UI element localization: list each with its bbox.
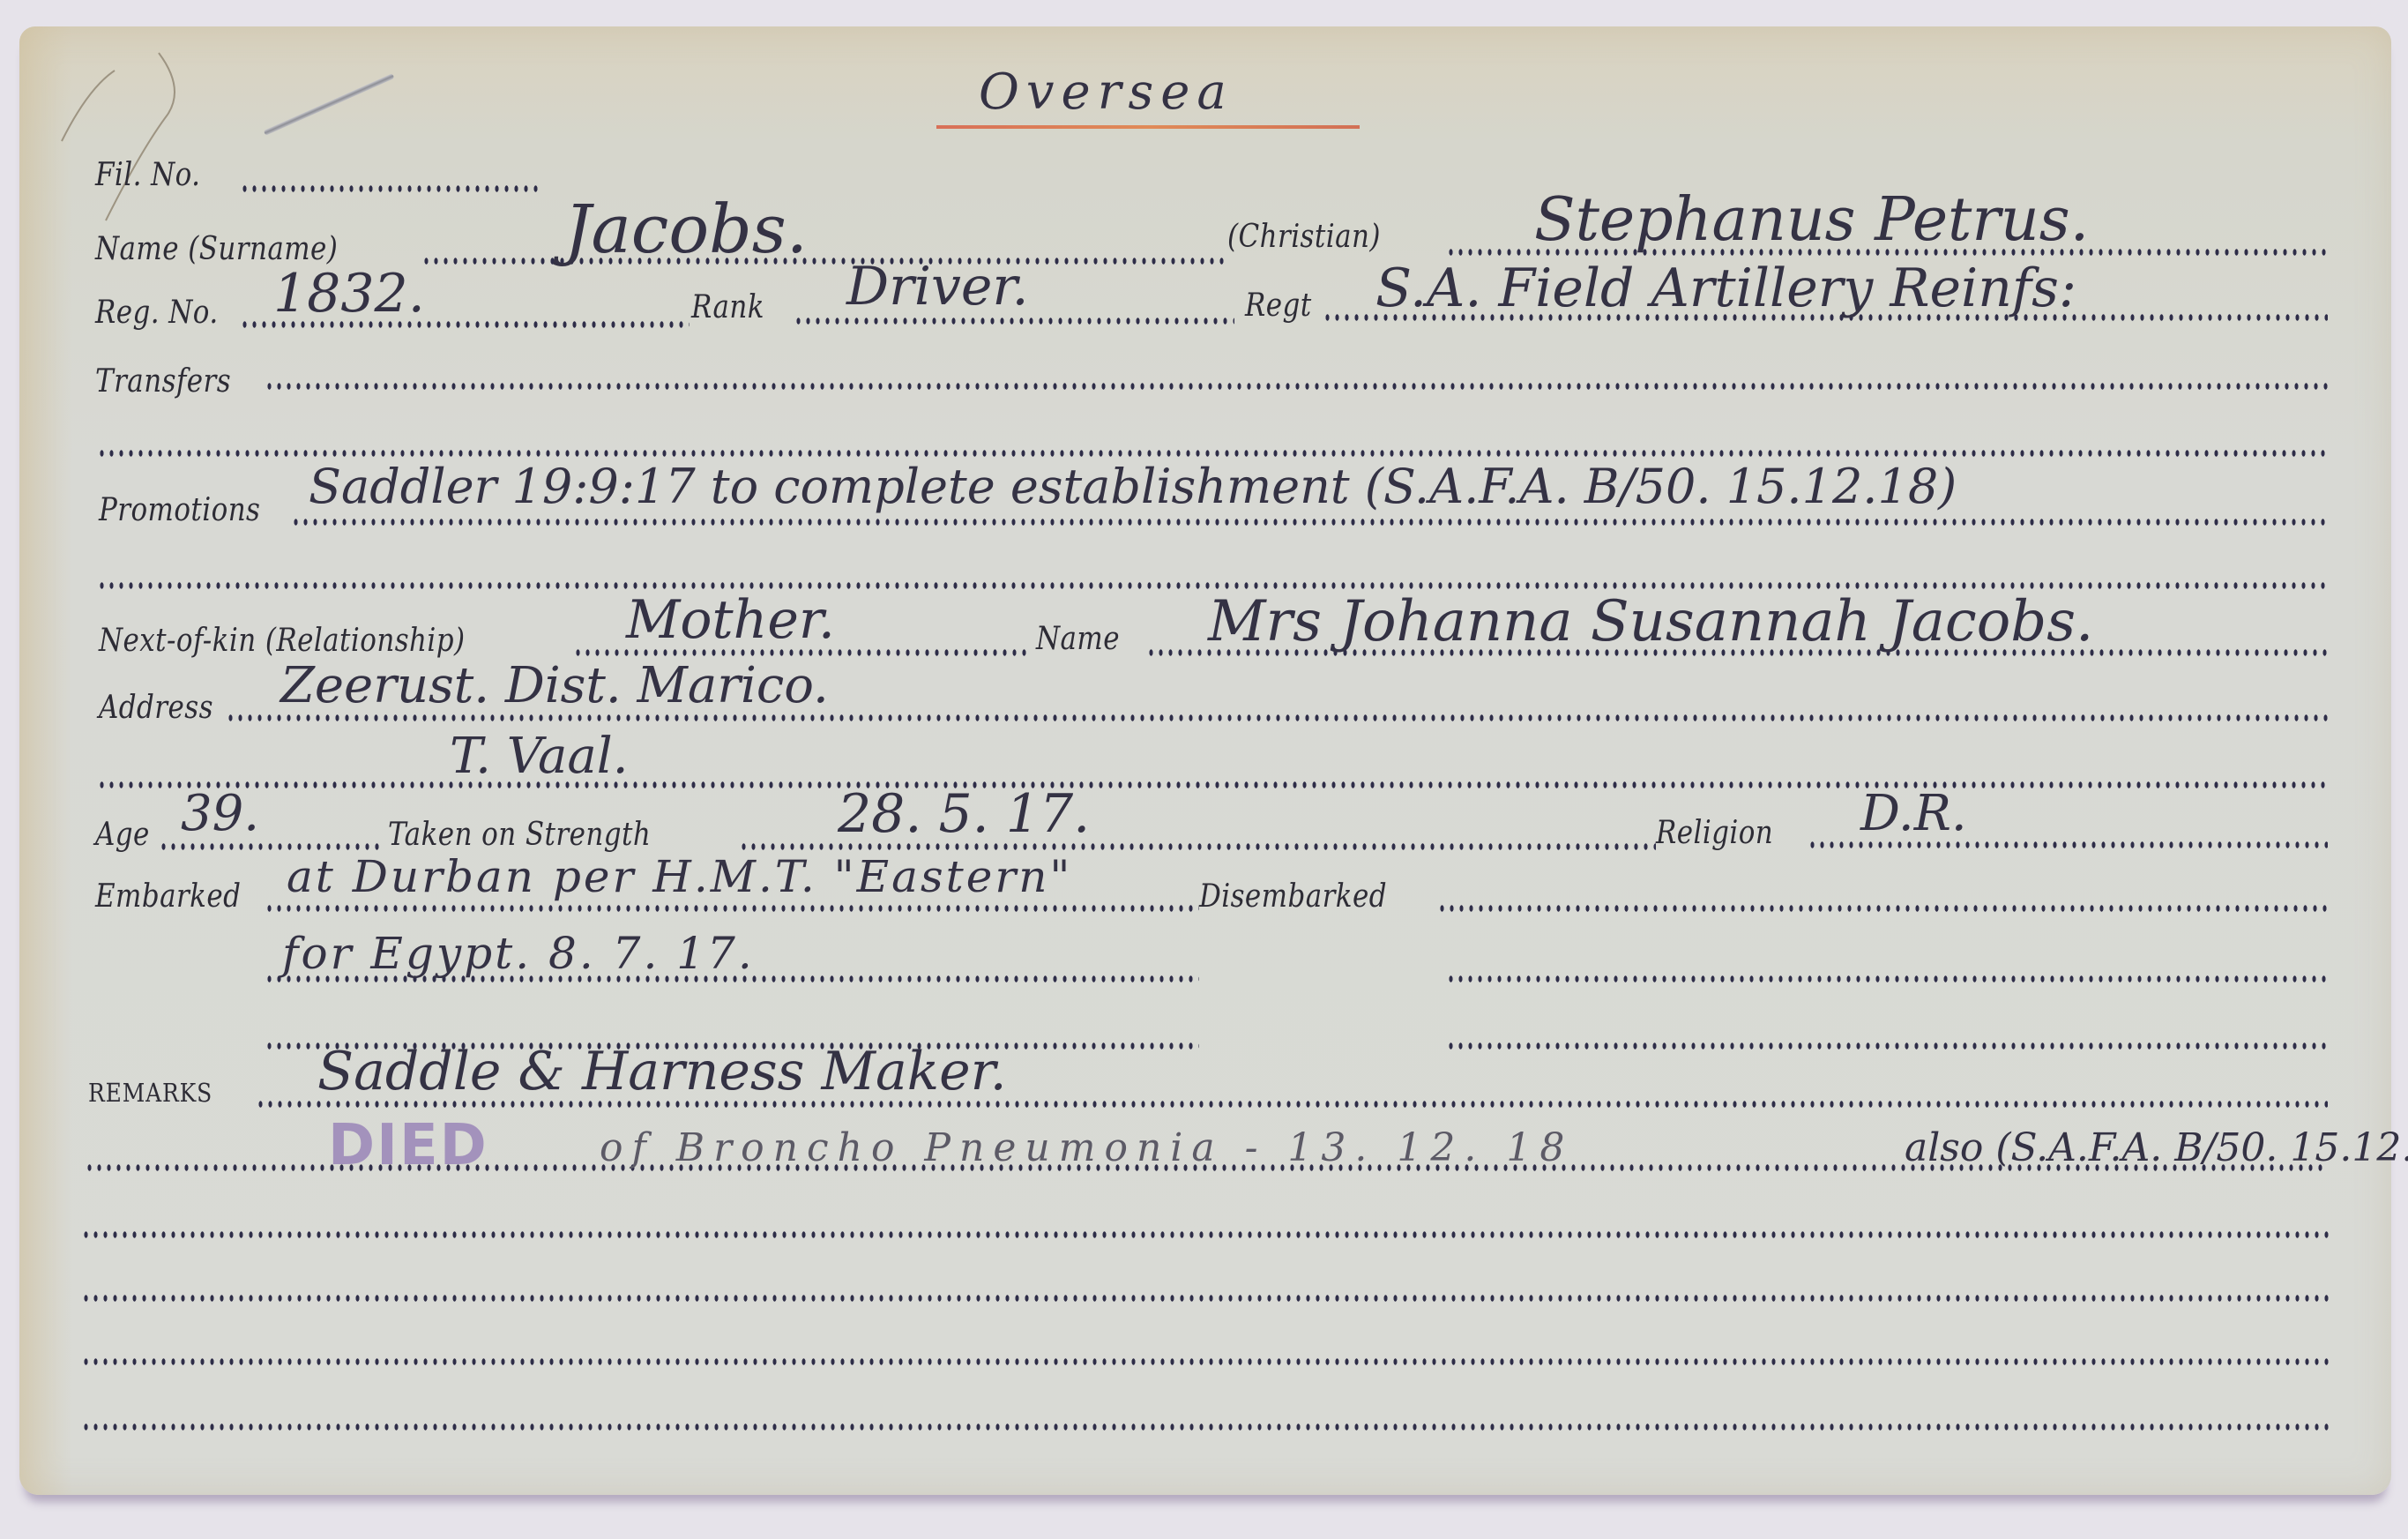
dotted-line: [291, 517, 2328, 527]
card-edge-shading: [19, 26, 72, 1495]
label-promotions: Promotions: [99, 492, 260, 528]
dotted-line: [421, 256, 1224, 266]
value-remarks-reference: also (S.A.F.A. B/50. 15.12.18: [1905, 1125, 2408, 1170]
label-nok-name: Name: [1036, 621, 1120, 657]
dotted-line: [81, 1422, 2330, 1432]
value-embarked-line1: at Durban per H.M.T. "Eastern": [287, 851, 1072, 902]
label-address: Address: [99, 690, 213, 726]
label-age: Age: [95, 817, 150, 853]
label-reg-no: Reg. No.: [95, 295, 219, 331]
value-promotions: Saddler 19:9:17 to complete establishmen…: [309, 459, 1957, 514]
value-religion: D.R.: [1860, 785, 1967, 842]
dotted-line: [1446, 974, 2328, 984]
value-surname: Jacobs.: [564, 190, 808, 268]
label-embarked: Embarked: [95, 878, 241, 915]
label-religion: Religion: [1656, 815, 1773, 851]
torn-corner-crease: [53, 35, 317, 229]
dotted-line: [1437, 903, 2328, 914]
value-nok-relationship: Mother.: [626, 589, 835, 651]
title-underline: [936, 125, 1360, 129]
dotted-line: [81, 1229, 2330, 1240]
dotted-line: [97, 448, 2328, 459]
dotted-line: [265, 381, 2328, 392]
dotted-line: [81, 1293, 2330, 1304]
dotted-line: [240, 183, 540, 194]
dotted-line: [265, 903, 1199, 914]
label-disembarked: Disembarked: [1199, 878, 1387, 915]
value-address-line1: Zeerust. Dist. Marico.: [280, 657, 829, 714]
label-remarks: REMARKS: [88, 1078, 212, 1108]
value-reg-no: 1832.: [273, 263, 425, 325]
label-name-surname: Name (Surname): [95, 231, 338, 267]
value-taken-on-strength: 28. 5. 17.: [838, 783, 1090, 845]
label-file-no: Fil. No.: [95, 157, 200, 193]
value-address-line2: T. Vaal.: [450, 728, 629, 785]
label-christian: (Christian): [1227, 219, 1381, 255]
value-embarked-line2: for Egypt. 8. 7. 17.: [282, 928, 755, 979]
value-rank: Driver.: [846, 256, 1029, 318]
label-next-of-kin: Next-of-kin (Relationship): [99, 623, 465, 659]
dotted-line: [81, 1356, 2330, 1367]
label-regt: Regt: [1245, 288, 1312, 324]
value-remarks-line1: Saddle & Harness Maker.: [317, 1041, 1007, 1102]
dotted-line: [97, 780, 2328, 790]
label-rank: Rank: [691, 289, 764, 325]
card-title: Oversea: [979, 64, 1234, 121]
value-remarks-line2: of Broncho Pneumonia - 13. 12. 18: [600, 1125, 1573, 1170]
value-regt: S.A. Field Artillery Reinfs:: [1375, 258, 2076, 319]
value-christian-names: Stephanus Petrus.: [1534, 185, 2089, 255]
label-transfers: Transfers: [95, 363, 231, 400]
label-taken-on-strength: Taken on Strength: [388, 817, 651, 853]
value-nok-name: Mrs Johanna Susannah Jacobs.: [1208, 589, 2093, 654]
dotted-line: [1446, 1041, 2328, 1051]
value-age: 39.: [181, 785, 259, 842]
